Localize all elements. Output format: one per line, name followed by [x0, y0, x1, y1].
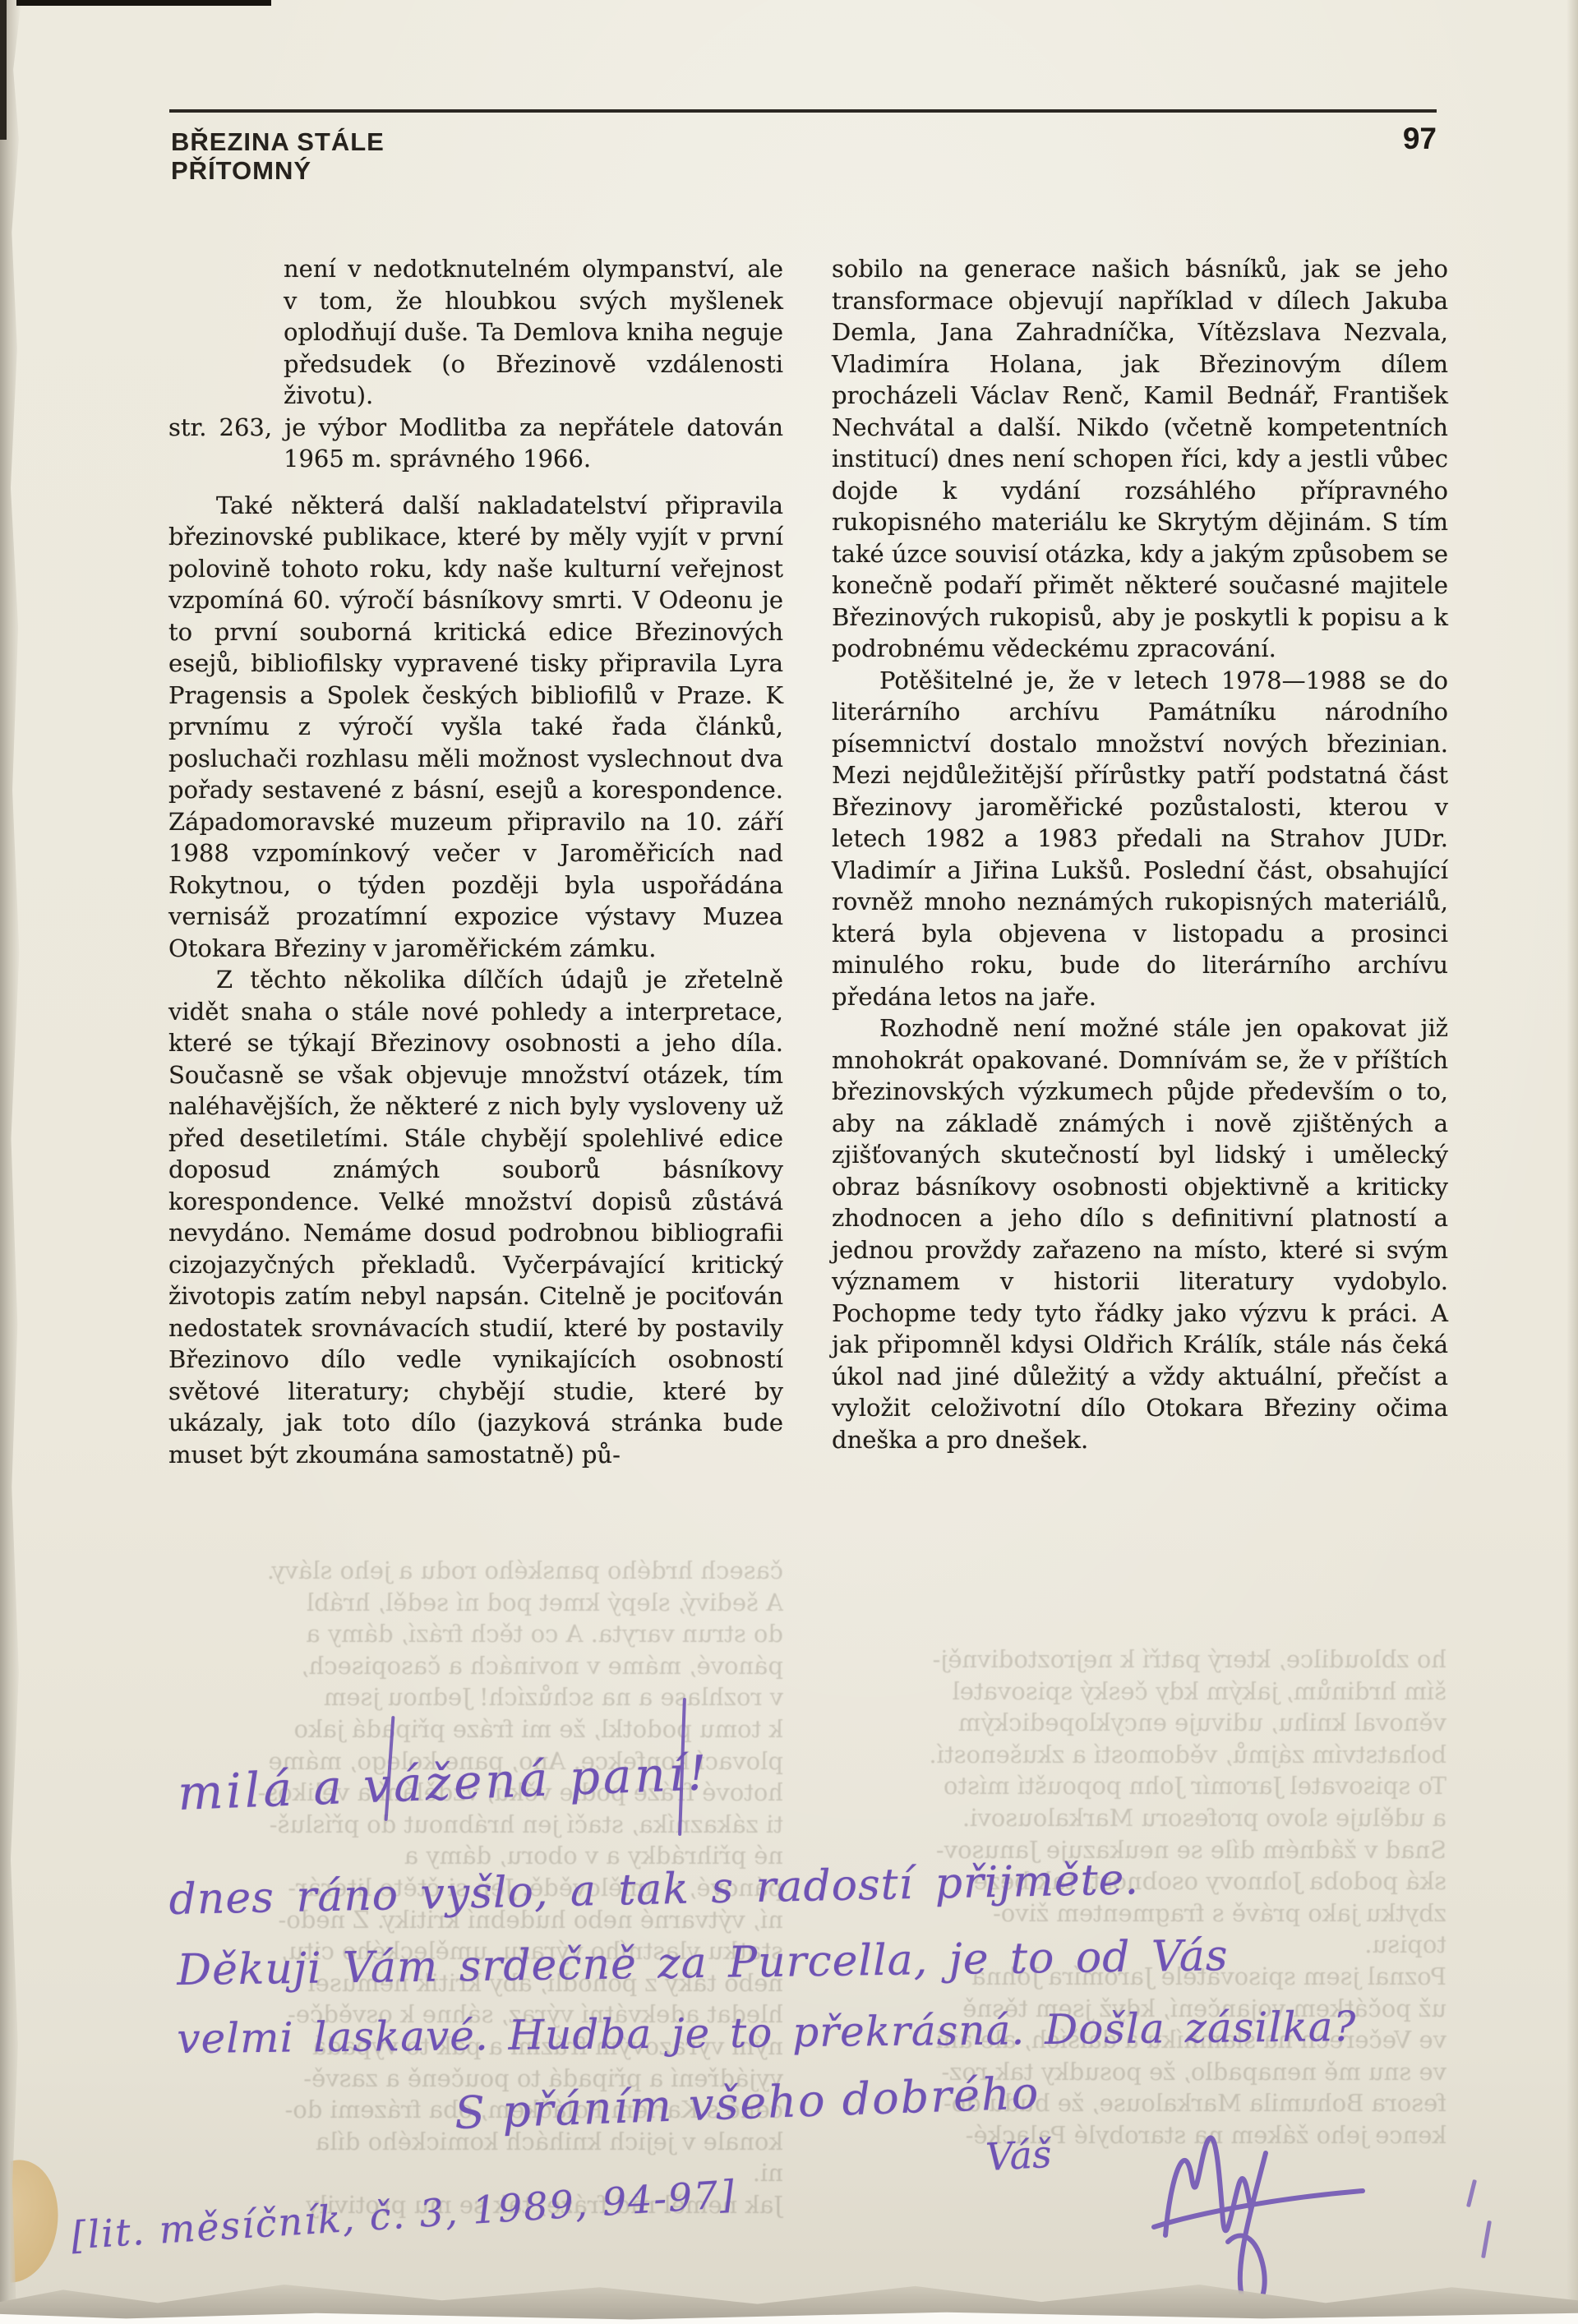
ink-speck — [1481, 2220, 1492, 2258]
scan-edge-shadow — [0, 0, 7, 140]
bleed-line: v rozhlase a na schůzích! Jednou jsem — [168, 1681, 783, 1713]
bleed-line: To spisovatel Jaromír John popouští míst… — [832, 1770, 1446, 1802]
header-title-line2: PŘÍTOMNÝ — [171, 156, 385, 185]
right-column: sobilo na generace našich básníků, jak s… — [832, 253, 1448, 1455]
left-column: není v nedotknutelném olympanství, ale v… — [168, 253, 783, 1470]
bleed-line: pánové, máme v novinách a časopisech, — [168, 1650, 783, 1682]
bleed-line: bohatstvím zájmů, vědomostí a zkušeností… — [832, 1739, 1446, 1771]
quotation-indented-text: není v nedotknutelném olympanství, ale v… — [284, 253, 783, 412]
paragraph: Také některá další nakladatelství připra… — [168, 490, 783, 965]
quotation-block: není v nedotknutelném olympanství, ale v… — [168, 253, 783, 475]
torn-left-edge — [0, 0, 21, 2324]
header-rule — [169, 109, 1437, 113]
bleed-line: ho zbloudilce, který patří k nejroztodiv… — [832, 1644, 1446, 1676]
paragraph: sobilo na generace našich básníků, jak s… — [832, 253, 1448, 665]
bleed-line: věnoval knihu, udivuje encyklopedickým — [832, 1707, 1446, 1739]
quotation-hanging-text: str. 263, je výbor Modlitba za nepřátele… — [284, 412, 783, 475]
bleed-line: A šedivý, slepý kmet pod ní seděl, hrábl — [168, 1587, 783, 1619]
scan-edge-shadow — [16, 0, 271, 6]
page-number: 97 — [1387, 122, 1437, 156]
bleed-line: a uděluje slovo profesoru Markalousovi. — [832, 1802, 1446, 1834]
paragraph: Potěšitelné je, že v letech 1978—1988 se… — [832, 665, 1448, 1013]
handwriting-closing: S přáním všeho dobrého — [454, 2067, 1040, 2139]
handwriting-salutation: milá a vážená paní! — [177, 1745, 711, 1821]
ink-speck — [1466, 2179, 1477, 2207]
bleed-line: k tomu podotkl, že mi fráze připadá jako — [168, 1713, 783, 1745]
signature-scrawl — [1142, 2112, 1389, 2317]
handwriting-line: Děkuji Vám srdečně za Purcella, je to od… — [177, 1931, 1229, 1995]
right-edge-shadow — [1566, 0, 1578, 2324]
handwriting-line: dnes ráno vyšlo, a tak s radostí přijmět… — [168, 1855, 1139, 1925]
bleed-line: časech hrdého panského rodu a jeho slávy… — [168, 1555, 783, 1587]
page-header-title: BŘEZINA STÁLE PŘÍTOMNÝ — [171, 127, 385, 185]
handwritten-citation: [lit. měsíčník, č. 3, 1989, 94-97] — [70, 2172, 737, 2258]
paragraph: Z těchto několika dílčích údajů je zřete… — [168, 964, 783, 1470]
bleed-line: ším hrdinům, jakým kdy český spisovatel — [832, 1676, 1446, 1708]
scanned-document-page: BŘEZINA STÁLE PŘÍTOMNÝ 97 časech hrdého … — [0, 0, 1578, 2324]
handwriting-line: velmi laskavé. Hudba je to překrásná. Do… — [177, 2003, 1357, 2063]
header-title-line1: BŘEZINA STÁLE — [171, 127, 385, 156]
handwriting-valediction: Váš — [985, 2132, 1053, 2179]
bleed-line: do strun varyta. A co těch frází, dámy a — [168, 1618, 783, 1650]
paragraph: Rozhodně není možné stále jen opakovat j… — [832, 1012, 1448, 1455]
